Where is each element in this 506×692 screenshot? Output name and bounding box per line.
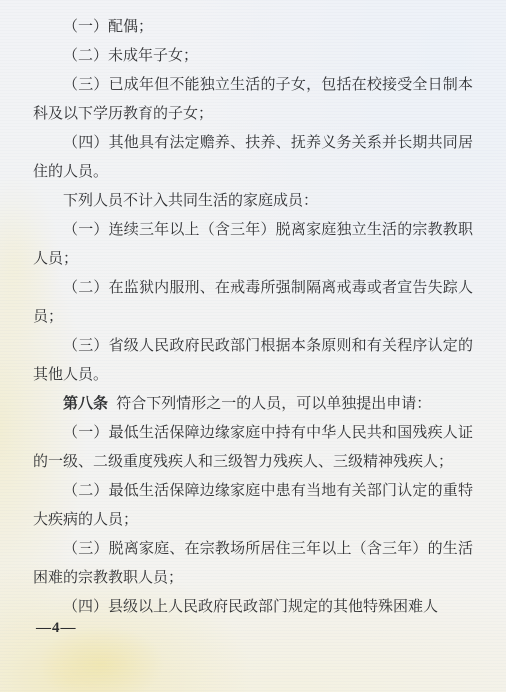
paragraph: （三）省级人民政府民政部门根据本条原则和有关程序认定的其他人员。 — [33, 332, 473, 390]
paragraph-text: （二）最低生活保障边缘家庭中患有当地有关部门认定的重特大疾病的人员； — [33, 483, 473, 528]
paragraph: （一）配偶； — [33, 13, 473, 42]
paragraph-text: （一）配偶； — [63, 19, 153, 35]
paragraph-text: （三）已成年但不能独立生活的子女，包括在校接受全日制本科及以下学历教育的子女； — [33, 77, 473, 122]
paragraph-text: 下列人员不计入共同生活的家庭成员： — [63, 193, 318, 209]
paragraph: （三）脱离家庭、在宗教场所居住三年以上（含三年）的生活困难的宗教教职人员； — [33, 535, 473, 593]
paragraph: 下列人员不计入共同生活的家庭成员： — [33, 187, 473, 216]
scanned-document-page: （一）配偶； （二）未成年子女； （三）已成年但不能独立生活的子女，包括在校接受… — [0, 0, 506, 692]
paragraph: （三）已成年但不能独立生活的子女，包括在校接受全日制本科及以下学历教育的子女； — [33, 71, 473, 129]
paragraph: （四）县级以上人民政府民政部门规定的其他特殊困难人 — [33, 593, 473, 622]
paragraph-text: （二）在监狱内服刑、在戒毒所强制隔离戒毒或者宣告失踪人员； — [33, 280, 473, 325]
paragraph: （二）未成年子女； — [33, 42, 473, 71]
paragraph-text: （四）县级以上人民政府民政部门规定的其他特殊困难人 — [63, 599, 438, 615]
paragraph: （二）在监狱内服刑、在戒毒所强制隔离戒毒或者宣告失踪人员； — [33, 274, 473, 332]
paragraph: （二）最低生活保障边缘家庭中患有当地有关部门认定的重特大疾病的人员； — [33, 477, 473, 535]
article-number: 第八条 — [63, 396, 108, 412]
paragraph-text: （一）最低生活保障边缘家庭中持有中华人民共和国残疾人证的一级、二级重度残疾人和三… — [33, 425, 473, 470]
paragraph: （四）其他具有法定赡养、扶养、抚养义务关系并长期共同居住的人员。 — [33, 129, 473, 187]
paragraph-text: （三）脱离家庭、在宗教场所居住三年以上（含三年）的生活困难的宗教教职人员； — [33, 541, 473, 586]
paragraph-text: 符合下列情形之一的人员，可以单独提出申请： — [116, 396, 431, 412]
paragraph-text: （二）未成年子女； — [63, 48, 198, 64]
page-number: —4— — [36, 620, 77, 637]
paragraph: （一）连续三年以上（含三年）脱离家庭独立生活的宗教教职人员； — [33, 216, 473, 274]
paragraph: （一）最低生活保障边缘家庭中持有中华人民共和国残疾人证的一级、二级重度残疾人和三… — [33, 419, 473, 477]
paragraph-text: （一）连续三年以上（含三年）脱离家庭独立生活的宗教教职人员； — [33, 222, 473, 267]
paragraph-text: （三）省级人民政府民政部门根据本条原则和有关程序认定的其他人员。 — [33, 338, 473, 383]
paragraph: 第八条符合下列情形之一的人员，可以单独提出申请： — [33, 390, 473, 419]
document-body: （一）配偶； （二）未成年子女； （三）已成年但不能独立生活的子女，包括在校接受… — [33, 13, 473, 622]
paragraph-text: （四）其他具有法定赡养、扶养、抚养义务关系并长期共同居住的人员。 — [33, 135, 473, 180]
